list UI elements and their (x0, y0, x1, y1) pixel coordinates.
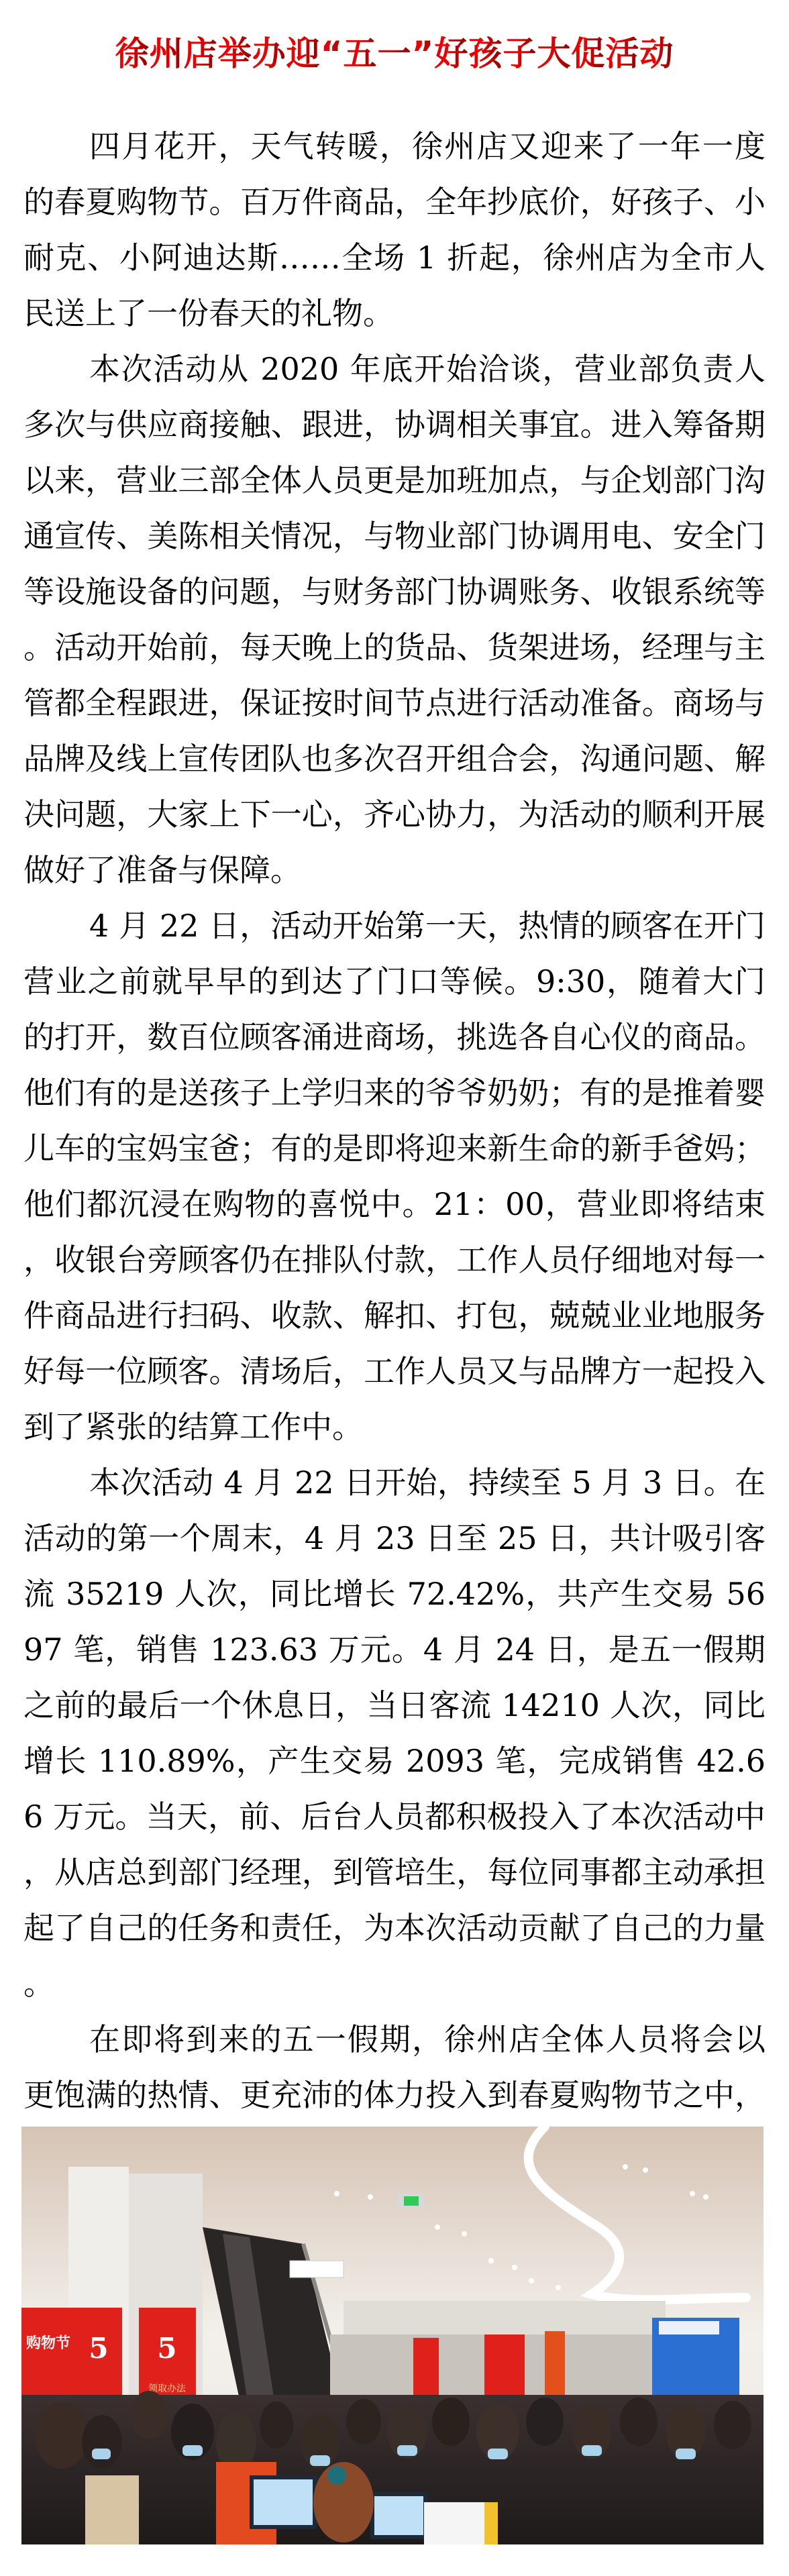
title-character: 活 (605, 31, 639, 76)
title-character: 好 (434, 31, 468, 76)
title-character: 大 (537, 31, 571, 76)
article-title: 徐州店举办迎“五一”好孩子大促活动 (0, 31, 789, 76)
event-photo: 5 5 领取办法 购物节 (21, 2127, 764, 2544)
title-character: 促 (571, 31, 605, 76)
title-character: 五 (344, 31, 378, 76)
svg-text:5: 5 (89, 2332, 108, 2365)
paragraph-results: 本次活动 4 月 22 日开始，持续至 5 月 3 日。在活动的第一个周末，4 … (23, 1455, 766, 2012)
svg-text:购物节: 购物节 (26, 2334, 70, 2352)
paragraph-intro: 四月花开，天气转暖，徐州店又迎来了一年一度的春夏购物节。百万件商品，全年抄底价，… (23, 119, 766, 341)
title-character: 店 (184, 31, 218, 76)
title-character: 动 (639, 31, 674, 76)
crowd-photo-illustration: 5 5 领取办法 购物节 (21, 2127, 764, 2544)
title-character: “ (321, 31, 344, 76)
article-body: 四月花开，天气转暖，徐州店又迎来了一年一度的春夏购物节。百万件商品，全年抄底价，… (23, 119, 766, 2179)
paragraph-opening-day: 4 月 22 日，活动开始第一天，热情的顾客在开门营业之前就早早的到达了门口等候… (23, 898, 766, 1455)
title-character: 徐 (115, 31, 150, 76)
title-character: 办 (252, 31, 286, 76)
title-character: 迎 (286, 31, 321, 76)
title-character: ” (412, 31, 435, 76)
svg-text:5: 5 (157, 2332, 176, 2365)
title-character: 州 (150, 31, 184, 76)
title-character: 子 (503, 31, 537, 76)
title-character: 举 (218, 31, 252, 76)
title-character: 孩 (468, 31, 503, 76)
paragraph-preparation: 本次活动从 2020 年底开始洽谈，营业部负责人多次与供应商接触、跟进，协调相关… (23, 341, 766, 898)
title-character: 一 (378, 31, 412, 76)
